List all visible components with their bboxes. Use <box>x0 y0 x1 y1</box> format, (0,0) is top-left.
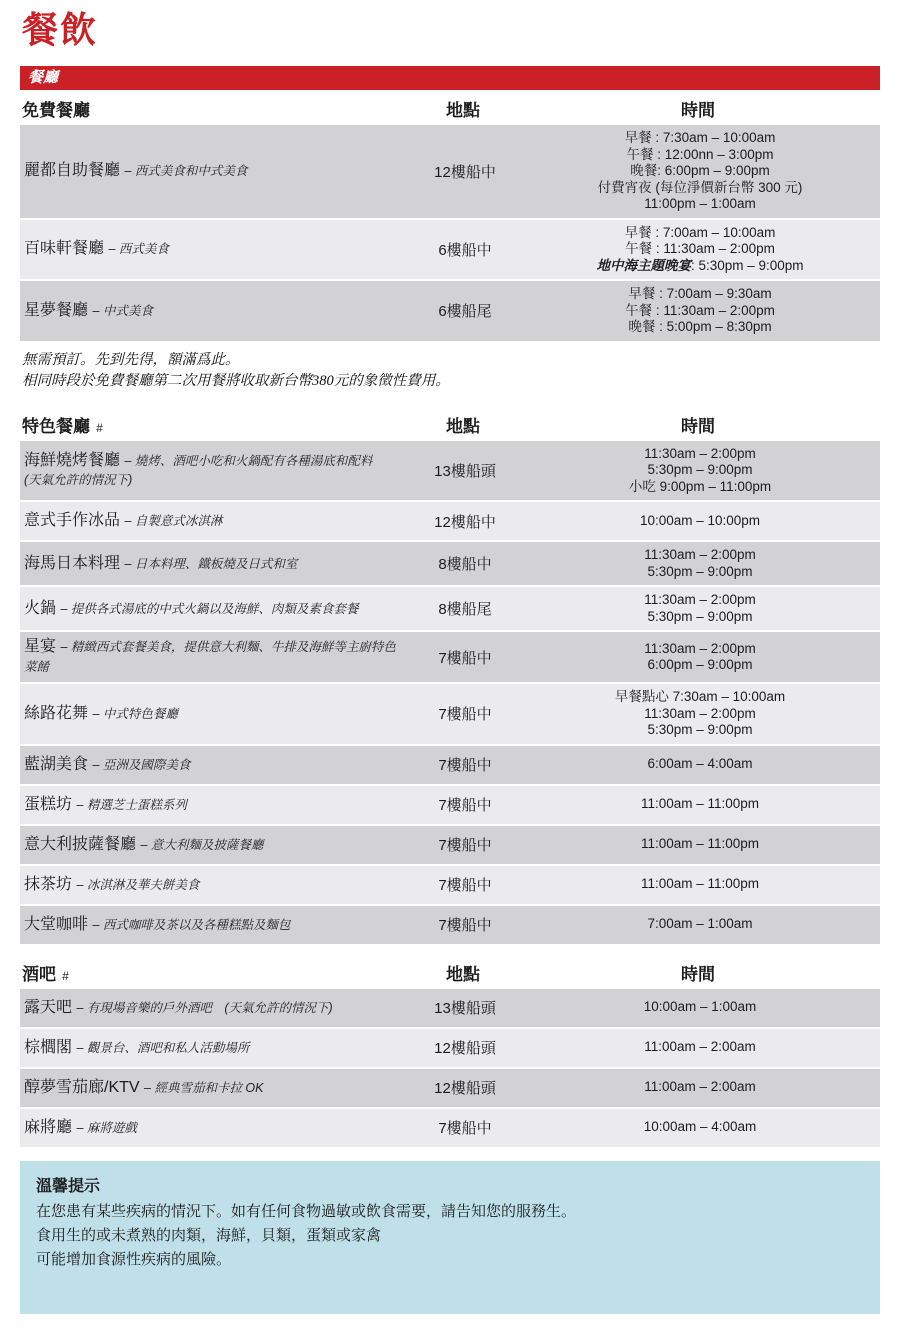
tip-lines: 在您患有某些疾病的情況下。如有任何食物過敏或飲食需要，請告知您的服務生。食用生的… <box>36 1200 864 1272</box>
restaurant-name-cell: 露天吧 – 有現場音樂的戶外酒吧 (天氣允許的情況下) <box>20 993 410 1023</box>
restaurant-name: 星夢餐廳 <box>24 302 92 319</box>
restaurant-name-cell: 意式手作冰品 – 自製意式冰淇淋 <box>20 506 410 536</box>
time-line: 7:00am – 1:00am <box>520 916 880 933</box>
restaurant-description: – 意大利麵及披薩餐廳 <box>140 838 263 852</box>
location-cell: 12樓船頭 <box>410 1037 520 1058</box>
column-header-location: 地點 <box>408 96 518 121</box>
time-line: 10:00am – 4:00am <box>520 1119 880 1136</box>
restaurant-name-cell: 意大利披薩餐廳 – 意大利麵及披薩餐廳 <box>20 830 410 860</box>
restaurant-description: – 西式美食和中式美食 <box>124 164 247 178</box>
time-line: 11:00am – 11:00pm <box>520 796 880 813</box>
column-header-location: 地點 <box>408 412 518 437</box>
dining-row: 海鮮燒烤餐廳 – 燒烤、酒吧小吃和火鍋配有各種湯底和配料(天氣允許的情況下)13… <box>20 441 880 503</box>
restaurant-name: 醇夢雪茄廊/KTV <box>24 1079 144 1096</box>
dining-row: 百味軒餐廳 – 西式美食6樓船中早餐 : 7:00am – 10:00am午餐 … <box>20 220 880 282</box>
restaurant-name: 麗都自助餐廳 <box>24 162 124 179</box>
restaurant-description: – 精緻西式套餐美食，提供意大利麵、牛排及海鮮等主廚特色菜餚 <box>24 640 396 674</box>
section-header: 特色餐廳#地點時間 <box>20 406 880 441</box>
restaurant-name: 麻將廳 <box>24 1119 76 1136</box>
dining-row: 醇夢雪茄廊/KTV – 經典雪茄和卡拉 OK12樓船頭11:00am – 2:0… <box>20 1069 880 1109</box>
tip-box: 溫馨提示 在您患有某些疾病的情況下。如有任何食物過敏或飲食需要，請告知您的服務生… <box>20 1161 880 1314</box>
restaurant-name-cell: 絲路花舞 – 中式特色餐廳 <box>20 699 410 729</box>
dining-row: 火鍋 – 提供各式湯底的中式火鍋以及海鮮、肉類及素食套餐8樓船尾11:30am … <box>20 587 880 632</box>
time-cell: 11:00am – 11:00pm <box>520 831 880 858</box>
dining-row: 星宴 – 精緻西式套餐美食，提供意大利麵、牛排及海鮮等主廚特色菜餚7樓船中11:… <box>20 632 880 684</box>
dining-row: 星夢餐廳 – 中式美食6樓船尾早餐 : 7:00am – 9:30am午餐 : … <box>20 281 880 343</box>
restaurant-name: 星宴 <box>24 638 60 655</box>
location-cell: 7樓船中 <box>410 703 520 724</box>
restaurant-name: 抹茶坊 <box>24 876 76 893</box>
location-cell: 7樓船中 <box>410 1117 520 1138</box>
section-banner-label: 餐廳 <box>28 69 58 86</box>
page-title: 餐飲 <box>22 10 880 50</box>
section-heading-hash: # <box>96 421 103 435</box>
location-cell: 12樓船頭 <box>410 1077 520 1098</box>
restaurant-name-cell: 棕櫚閣 – 觀景台、酒吧和私人活動場所 <box>20 1033 410 1063</box>
restaurant-name-cell: 星夢餐廳 – 中式美食 <box>20 296 410 326</box>
restaurant-name-cell: 星宴 – 精緻西式套餐美食，提供意大利麵、牛排及海鮮等主廚特色菜餚 <box>20 632 410 682</box>
time-line: 11:30am – 2:00pm <box>520 592 880 609</box>
time-line: 10:00am – 10:00pm <box>520 513 880 530</box>
dining-row: 藍湖美食 – 亞洲及國際美食7樓船中6:00am – 4:00am <box>20 746 880 786</box>
section-header: 免費餐廳地點時間 <box>20 90 880 125</box>
time-line: 早餐 : 7:00am – 10:00am <box>520 225 880 242</box>
location-cell: 7樓船中 <box>410 794 520 815</box>
location-cell: 6樓船中 <box>410 239 520 260</box>
section-heading: 酒吧# <box>22 960 408 985</box>
table-footnotes: 無需預訂。先到先得，額滿爲此。相同時段於免費餐廳第二次用餐將收取新台幣380元的… <box>22 350 880 392</box>
time-line: 付費宵夜 (每位淨價新台幣 300 元) <box>520 180 880 197</box>
restaurant-description: – 精選芝士蛋糕系列 <box>76 798 186 812</box>
footnote-line: 相同時段於免費餐廳第二次用餐將收取新台幣380元的象徵性費用。 <box>22 371 880 392</box>
time-cell: 11:30am – 2:00pm6:00pm – 9:00pm <box>520 636 880 679</box>
time-line: 11:00am – 11:00pm <box>520 836 880 853</box>
location-cell: 7樓船中 <box>410 647 520 668</box>
section-heading: 免費餐廳 <box>22 96 408 121</box>
dining-row: 大堂咖啡 – 西式咖啡及茶以及各種糕點及麵包7樓船中7:00am – 1:00a… <box>20 906 880 946</box>
time-cell: 早餐點心 7:30am – 10:00am11:30am – 2:00pm5:3… <box>520 684 880 744</box>
time-cell: 10:00am – 10:00pm <box>520 508 880 535</box>
restaurant-description: – 中式特色餐廳 <box>92 707 177 721</box>
column-header-time: 時間 <box>518 96 878 121</box>
dining-row: 棕櫚閣 – 觀景台、酒吧和私人活動場所12樓船頭11:00am – 2:00am <box>20 1029 880 1069</box>
time-line-emphasis: 地中海主題晚宴 <box>596 258 691 273</box>
restaurant-name: 海鮮燒烤餐廳 <box>24 452 124 469</box>
dining-row: 露天吧 – 有現場音樂的戶外酒吧 (天氣允許的情況下)13樓船頭10:00am … <box>20 989 880 1029</box>
time-line: 晚餐 : 5:00pm – 8:30pm <box>520 319 880 336</box>
restaurant-name-cell: 麗都自助餐廳 – 西式美食和中式美食 <box>20 156 410 186</box>
restaurant-name-cell: 火鍋 – 提供各式湯底的中式火鍋以及海鮮、肉類及素食套餐 <box>20 594 410 624</box>
time-cell: 早餐 : 7:00am – 9:30am午餐 : 11:30am – 2:00p… <box>520 281 880 341</box>
tip-line: 在您患有某些疾病的情況下。如有任何食物過敏或飲食需要，請告知您的服務生。 <box>36 1200 864 1224</box>
time-line: 11:00pm – 1:00am <box>520 196 880 213</box>
restaurant-name: 火鍋 <box>24 600 60 617</box>
restaurant-description: – 麻將遊戲 <box>76 1121 136 1135</box>
time-line: 11:00am – 11:00pm <box>520 876 880 893</box>
column-header-time: 時間 <box>518 960 878 985</box>
section-0: 免費餐廳地點時間麗都自助餐廳 – 西式美食和中式美食12樓船中早餐 : 7:30… <box>20 90 880 392</box>
restaurant-description: – 冰淇淋及華夫餅美食 <box>76 878 199 892</box>
time-cell: 11:30am – 2:00pm5:30pm – 9:00pm <box>520 542 880 585</box>
tip-line: 可能增加食源性疾病的風險。 <box>36 1248 864 1272</box>
time-line: 11:00am – 2:00am <box>520 1079 880 1096</box>
dining-page: 餐飲 餐廳 免費餐廳地點時間麗都自助餐廳 – 西式美食和中式美食12樓船中早餐 … <box>0 0 900 1330</box>
location-cell: 12樓船中 <box>410 511 520 532</box>
location-cell: 13樓船頭 <box>410 997 520 1018</box>
restaurant-name: 百味軒餐廳 <box>24 240 108 257</box>
time-line: 11:00am – 2:00am <box>520 1039 880 1056</box>
time-line: 6:00am – 4:00am <box>520 756 880 773</box>
time-line: 午餐 : 11:30am – 2:00pm <box>520 241 880 258</box>
restaurant-name: 大堂咖啡 <box>24 916 92 933</box>
time-line: 午餐 : 12:00nn – 3:00pm <box>520 147 880 164</box>
column-header-time: 時間 <box>518 412 878 437</box>
tip-title: 溫馨提示 <box>36 1173 864 1196</box>
restaurant-name-cell: 抹茶坊 – 冰淇淋及華夫餅美食 <box>20 870 410 900</box>
dining-row: 絲路花舞 – 中式特色餐廳7樓船中早餐點心 7:30am – 10:00am11… <box>20 684 880 746</box>
dining-row: 麻將廳 – 麻將遊戲7樓船中10:00am – 4:00am <box>20 1109 880 1149</box>
location-cell: 8樓船尾 <box>410 598 520 619</box>
restaurant-name: 露天吧 <box>24 999 76 1016</box>
restaurant-name: 藍湖美食 <box>24 756 92 773</box>
time-cell: 7:00am – 1:00am <box>520 911 880 938</box>
restaurant-name-cell: 大堂咖啡 – 西式咖啡及茶以及各種糕點及麵包 <box>20 910 410 940</box>
restaurant-name-cell: 海馬日本料理 – 日本料理、鐵板燒及日式和室 <box>20 549 410 579</box>
section-heading: 特色餐廳# <box>22 412 408 437</box>
time-cell: 10:00am – 1:00am <box>520 994 880 1021</box>
time-line: 5:30pm – 9:00pm <box>520 722 880 739</box>
section-header: 酒吧#地點時間 <box>20 954 880 989</box>
restaurant-description: – 自製意式冰淇淋 <box>124 514 222 528</box>
restaurant-name: 蛋糕坊 <box>24 796 76 813</box>
time-line: 小吃 9:00pm – 11:00pm <box>520 479 880 496</box>
restaurant-description: – 亞洲及國際美食 <box>92 758 190 772</box>
time-cell: 10:00am – 4:00am <box>520 1114 880 1141</box>
time-cell: 11:00am – 2:00am <box>520 1074 880 1101</box>
restaurant-description: – 有現場音樂的戶外酒吧 (天氣允許的情況下) <box>76 1001 332 1015</box>
restaurant-description: – 西式美食 <box>108 242 168 256</box>
restaurant-description: – 觀景台、酒吧和私人活動場所 <box>76 1041 249 1055</box>
time-line: 5:30pm – 9:00pm <box>520 462 880 479</box>
time-cell: 11:00am – 11:00pm <box>520 791 880 818</box>
section-banner: 餐廳 <box>20 66 880 90</box>
location-cell: 7樓船中 <box>410 874 520 895</box>
time-cell: 6:00am – 4:00am <box>520 751 880 778</box>
restaurant-name: 棕櫚閣 <box>24 1039 76 1056</box>
time-cell: 11:00am – 11:00pm <box>520 871 880 898</box>
restaurant-description: – 經典雪茄和卡拉 OK <box>144 1081 263 1095</box>
time-cell: 11:30am – 2:00pm5:30pm – 9:00pm <box>520 587 880 630</box>
time-line: 11:30am – 2:00pm <box>520 547 880 564</box>
time-line: 早餐 : 7:00am – 9:30am <box>520 286 880 303</box>
restaurant-name-cell: 醇夢雪茄廊/KTV – 經典雪茄和卡拉 OK <box>20 1073 410 1103</box>
restaurant-name: 意式手作冰品 <box>24 512 124 529</box>
restaurant-name-cell: 百味軒餐廳 – 西式美食 <box>20 234 410 264</box>
dining-sections: 免費餐廳地點時間麗都自助餐廳 – 西式美食和中式美食12樓船中早餐 : 7:30… <box>20 90 880 1149</box>
restaurant-description: – 日本料理、鐵板燒及日式和室 <box>124 557 297 571</box>
restaurant-name-cell: 藍湖美食 – 亞洲及國際美食 <box>20 750 410 780</box>
time-line: 11:30am – 2:00pm <box>520 706 880 723</box>
time-line: 早餐點心 7:30am – 10:00am <box>520 689 880 706</box>
time-line: 11:30am – 2:00pm <box>520 446 880 463</box>
time-line: 午餐 : 11:30am – 2:00pm <box>520 303 880 320</box>
dining-row: 海馬日本料理 – 日本料理、鐵板燒及日式和室8樓船中11:30am – 2:00… <box>20 542 880 587</box>
location-cell: 7樓船中 <box>410 754 520 775</box>
location-cell: 8樓船中 <box>410 553 520 574</box>
restaurant-name-cell: 海鮮燒烤餐廳 – 燒烤、酒吧小吃和火鍋配有各種湯底和配料(天氣允許的情況下) <box>20 446 410 495</box>
dining-row: 意大利披薩餐廳 – 意大利麵及披薩餐廳7樓船中11:00am – 11:00pm <box>20 826 880 866</box>
section-1: 特色餐廳#地點時間海鮮燒烤餐廳 – 燒烤、酒吧小吃和火鍋配有各種湯底和配料(天氣… <box>20 406 880 946</box>
time-cell: 11:00am – 2:00am <box>520 1034 880 1061</box>
restaurant-description: – 提供各式湯底的中式火鍋以及海鮮、肉類及素食套餐 <box>60 602 358 616</box>
time-cell: 早餐 : 7:30am – 10:00am午餐 : 12:00nn – 3:00… <box>520 125 880 218</box>
location-cell: 7樓船中 <box>410 914 520 935</box>
restaurant-name: 絲路花舞 <box>24 705 92 722</box>
column-header-location: 地點 <box>408 960 518 985</box>
location-cell: 13樓船頭 <box>410 460 520 481</box>
time-cell: 11:30am – 2:00pm5:30pm – 9:00pm小吃 9:00pm… <box>520 441 880 501</box>
restaurant-description: – 西式咖啡及茶以及各種糕點及麵包 <box>92 918 290 932</box>
dining-row: 麗都自助餐廳 – 西式美食和中式美食12樓船中早餐 : 7:30am – 10:… <box>20 125 880 220</box>
restaurant-name: 海馬日本料理 <box>24 555 124 572</box>
location-cell: 7樓船中 <box>410 834 520 855</box>
restaurant-name-cell: 麻將廳 – 麻將遊戲 <box>20 1113 410 1143</box>
restaurant-description-line2: (天氣允許的情況下) <box>24 471 400 490</box>
time-line: 地中海主題晚宴: 5:30pm – 9:00pm <box>520 258 880 275</box>
section-heading-hash: # <box>62 969 69 983</box>
time-line: 10:00am – 1:00am <box>520 999 880 1016</box>
section-2: 酒吧#地點時間露天吧 – 有現場音樂的戶外酒吧 (天氣允許的情況下)13樓船頭1… <box>20 954 880 1149</box>
restaurant-name: 意大利披薩餐廳 <box>24 836 140 853</box>
dining-row: 抹茶坊 – 冰淇淋及華夫餅美食7樓船中11:00am – 11:00pm <box>20 866 880 906</box>
tip-line: 食用生的或未煮熟的肉類，海鮮，貝類，蛋類或家禽 <box>36 1224 864 1248</box>
time-line: 6:00pm – 9:00pm <box>520 657 880 674</box>
dining-row: 意式手作冰品 – 自製意式冰淇淋12樓船中10:00am – 10:00pm <box>20 502 880 542</box>
restaurant-name-cell: 蛋糕坊 – 精選芝士蛋糕系列 <box>20 790 410 820</box>
dining-row: 蛋糕坊 – 精選芝士蛋糕系列7樓船中11:00am – 11:00pm <box>20 786 880 826</box>
time-line: 晚餐: 6:00pm – 9:00pm <box>520 163 880 180</box>
time-line: 早餐 : 7:30am – 10:00am <box>520 130 880 147</box>
time-line: 5:30pm – 9:00pm <box>520 609 880 626</box>
time-line: 11:30am – 2:00pm <box>520 641 880 658</box>
footnote-line: 無需預訂。先到先得，額滿爲此。 <box>22 350 880 371</box>
location-cell: 6樓船尾 <box>410 300 520 321</box>
location-cell: 12樓船中 <box>410 161 520 182</box>
time-line: 5:30pm – 9:00pm <box>520 564 880 581</box>
restaurant-description: – 中式美食 <box>92 304 152 318</box>
time-cell: 早餐 : 7:00am – 10:00am午餐 : 11:30am – 2:00… <box>520 220 880 280</box>
restaurant-description: – 燒烤、酒吧小吃和火鍋配有各種湯底和配料 <box>124 454 372 468</box>
